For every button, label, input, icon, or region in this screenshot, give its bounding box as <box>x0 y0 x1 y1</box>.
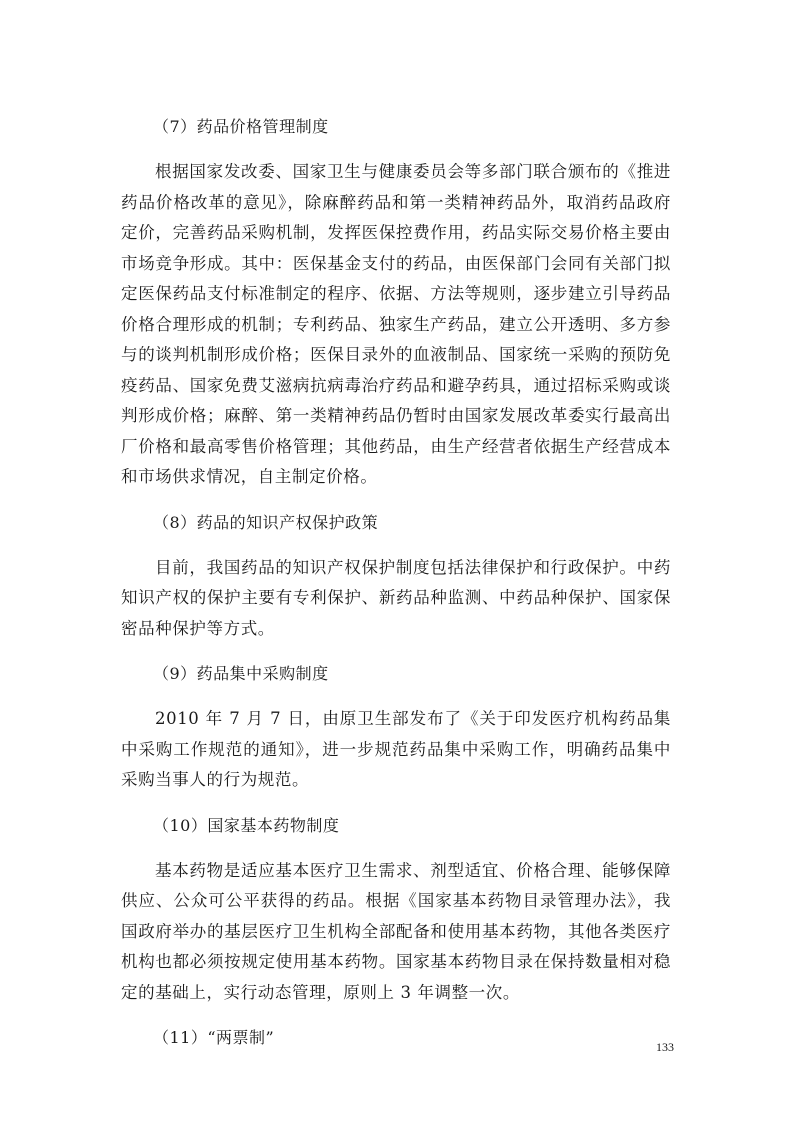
section-heading-11: （11）“两票制” <box>121 1023 671 1053</box>
section-heading-7: （7）药品价格管理制度 <box>121 112 671 142</box>
section-paragraph-7: 根据国家发改委、国家卫生与健康委员会等多部门联合颁布的《推进药品价格改革的意见》… <box>121 157 671 493</box>
document-page: （7）药品价格管理制度 根据国家发改委、国家卫生与健康委员会等多部门联合颁布的《… <box>121 112 671 1068</box>
section-heading-8: （8）药品的知识产权保护政策 <box>121 508 671 538</box>
section-paragraph-8: 目前，我国药品的知识产权保护制度包括法律保护和行政保护。中药知识产权的保护主要有… <box>121 553 671 645</box>
section-heading-9: （9）药品集中采购制度 <box>121 659 671 689</box>
section-paragraph-10: 基本药物是适应基本医疗卫生需求、剂型适宜、价格合理、能够保障供应、公众可公平获得… <box>121 856 671 1009</box>
section-heading-10: （10）国家基本药物制度 <box>121 811 671 841</box>
section-paragraph-9: 2010 年 7 月 7 日，由原卫生部发布了《关于印发医疗机构药品集中采购工作… <box>121 704 671 796</box>
page-number: 133 <box>656 1040 674 1055</box>
